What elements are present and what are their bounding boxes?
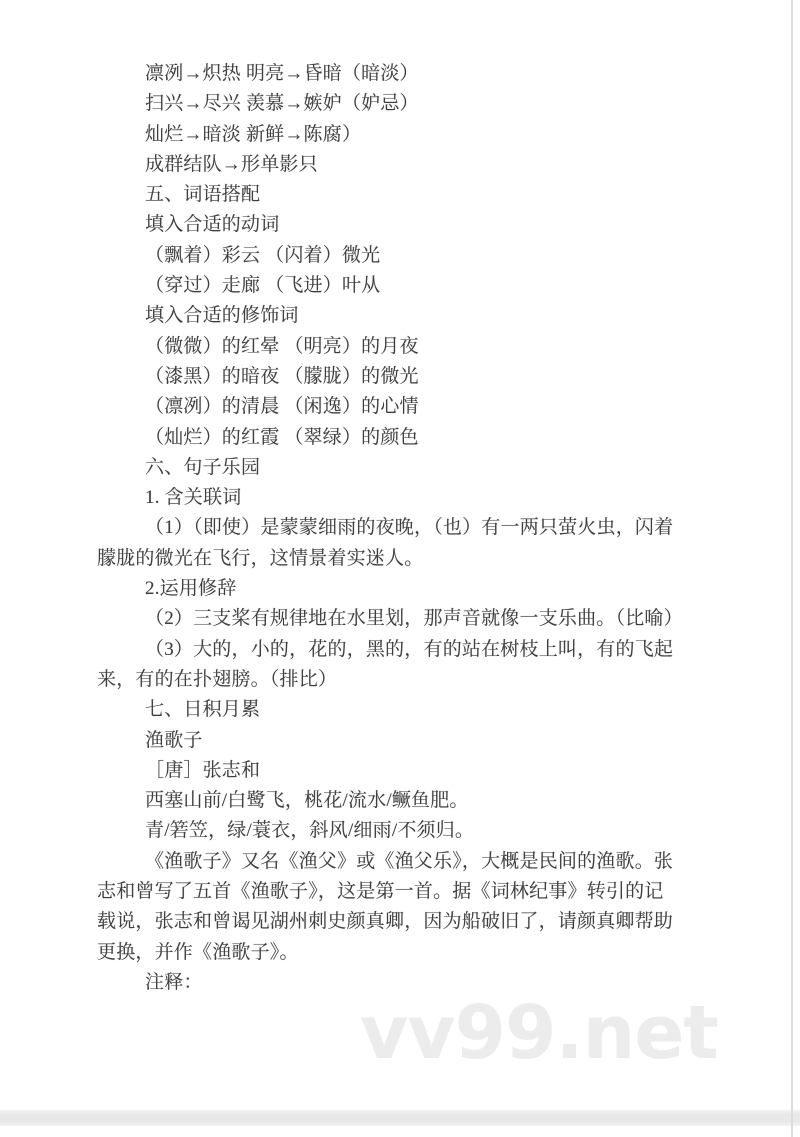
- text-line: 填入合适的动词: [0, 210, 800, 240]
- text-line: （灿烂）的红霞 （翠绿）的颜色: [0, 423, 800, 453]
- next-page-top: [0, 1126, 800, 1137]
- page-separator: [0, 1110, 800, 1126]
- text-line: （1）（即使）是蒙蒙细雨的夜晚，（也）有一两只萤火虫，闪着: [0, 513, 800, 543]
- text-line: 扫兴→尽兴 羡慕→嫉妒（妒忌）: [0, 89, 800, 119]
- text-line: （漆黑）的暗夜 （朦胧）的微光: [0, 362, 800, 392]
- text-line: 凛冽→炽热 明亮→昏暗（暗淡）: [0, 59, 800, 89]
- text-line: 志和曾写了五首《渔歌子》，这是第一首。据《词林纪事》转引的记: [0, 877, 800, 907]
- text-line: （2）三支桨有规律地在水里划，那声音就像一支乐曲。（比喻）: [0, 604, 800, 634]
- document-page: 凛冽→炽热 明亮→昏暗（暗淡）扫兴→尽兴 羡慕→嫉妒（妒忌）灿烂→暗淡 新鲜→陈…: [0, 0, 800, 1137]
- page-edge-line: [791, 0, 793, 1137]
- text-line: 五、词语搭配: [0, 180, 800, 210]
- text-line: ［唐］张志和: [0, 756, 800, 786]
- watermark: vv99.net: [360, 996, 718, 1070]
- text-line: 灿烂→暗淡 新鲜→陈腐）: [0, 120, 800, 150]
- text-line: 2.运用修辞: [0, 574, 800, 604]
- text-line: 来，有的在扑翅膀。（排比）: [0, 665, 800, 695]
- text-line: （飘着）彩云 （闪着）微光: [0, 241, 800, 271]
- text-line: （穿过）走廊 （飞进）叶从: [0, 271, 800, 301]
- text-line: 渔歌子: [0, 726, 800, 756]
- text-line: （微微）的红晕 （明亮）的月夜: [0, 332, 800, 362]
- text-line: 朦胧的微光在飞行，这情景着实迷人。: [0, 544, 800, 574]
- text-line: （3）大的，小的，花的，黑的，有的站在树枝上叫，有的飞起: [0, 635, 800, 665]
- text-line: 1. 含关联词: [0, 483, 800, 513]
- text-line: 载说，张志和曾谒见湖州刺史颜真卿，因为船破旧了，请颜真卿帮助: [0, 907, 800, 937]
- text-line: 《渔歌子》又名《渔父》或《渔父乐》，大概是民间的渔歌。张: [0, 847, 800, 877]
- text-line: （凛冽）的清晨 （闲逸）的心情: [0, 392, 800, 422]
- text-line: 成群结队→形单影只: [0, 150, 800, 180]
- document-body: 凛冽→炽热 明亮→昏暗（暗淡）扫兴→尽兴 羡慕→嫉妒（妒忌）灿烂→暗淡 新鲜→陈…: [0, 59, 800, 998]
- text-line: 填入合适的修饰词: [0, 301, 800, 331]
- text-line: 更换，并作《渔歌子》。: [0, 938, 800, 968]
- text-line: 七、日积月累: [0, 695, 800, 725]
- text-line: 西塞山前/白鹭飞，桃花/流水/鳜鱼肥。: [0, 786, 800, 816]
- text-line: 青/箬笠，绿/蓑衣，斜风/细雨/不须归。: [0, 816, 800, 846]
- text-line: 六、句子乐园: [0, 453, 800, 483]
